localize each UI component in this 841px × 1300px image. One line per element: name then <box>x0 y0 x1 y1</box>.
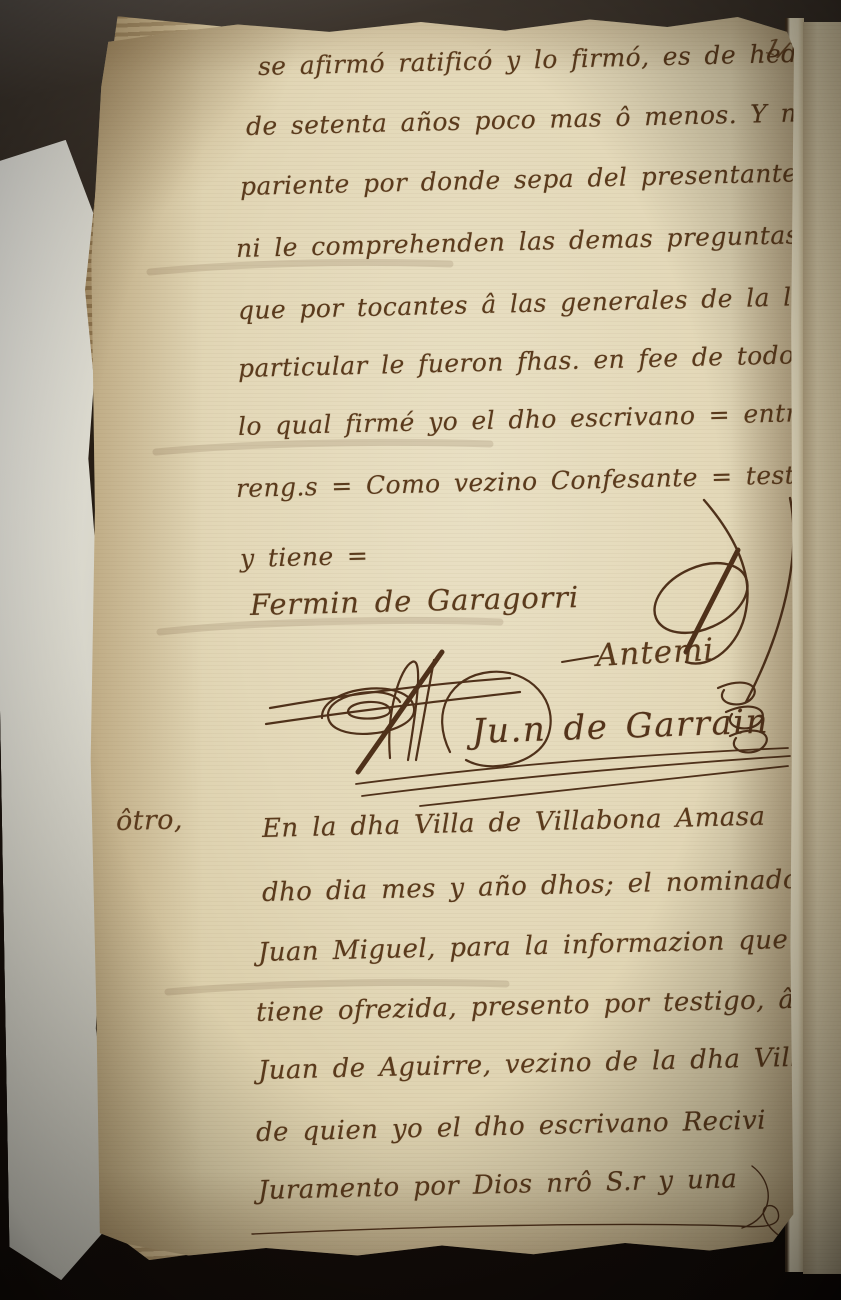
manuscript-page: 1/ se afirmó ratificó y lo firmó, es de … <box>90 12 794 1258</box>
text-line: y tiene = <box>240 541 369 573</box>
ante-mi-label: Antemi <box>595 632 715 674</box>
margin-keyword: ôtro, <box>116 804 184 837</box>
facing-page-edge <box>803 22 841 1274</box>
manuscript-photo: 1/ se afirmó ratificó y lo firmó, es de … <box>0 0 841 1300</box>
